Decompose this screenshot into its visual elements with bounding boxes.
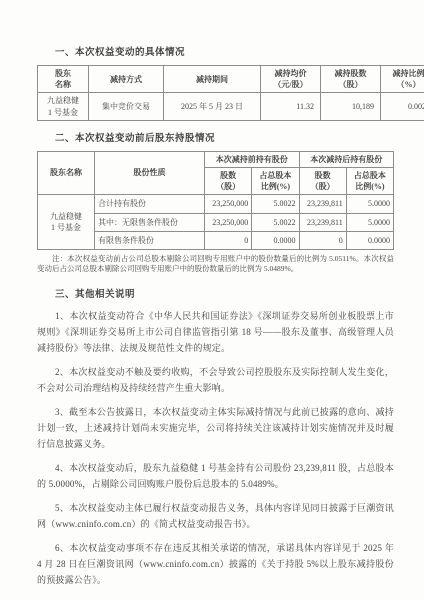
paragraph-1: 1、本次权益变动符合《中华人民共和国证券法》《深圳证券交易所创业板股票上市规则》…: [37, 308, 394, 356]
col-group-after: 本次减持后持有股份: [299, 151, 394, 167]
cell-avg-price: 11.32: [261, 93, 321, 120]
table-note: 注：本次权益变动前占公司总股本剔除公司回购专用账户中的股份数量后的比例为 5.0…: [37, 254, 394, 275]
paragraph-5: 5、本次权益变动主体已履行权益变动报告义务，具体内容详见同日披露于巨潮资讯网（w…: [37, 500, 394, 532]
cell-before-ratio: 5.0022: [252, 195, 299, 213]
col-before-shares: 股数 （股）: [205, 167, 252, 194]
cell-after-shares: 0: [299, 231, 346, 249]
cell-shareholder: 九益稳健 1 号基金: [38, 93, 89, 120]
section3-heading: 三、其他相关说明: [55, 286, 394, 300]
paragraph-2: 2、本次权益变动不触及要约收购，不会导致公司控股股东及实际控制人发生变化，不会对…: [37, 364, 394, 396]
cell-after-ratio: 0.0000: [346, 231, 393, 249]
document-page: 一、本次权益变动的具体情况 股东 名称 减持方式 减持期间 减持均价 （元/股）…: [0, 0, 424, 600]
cell-before-shares: 23,250,000: [205, 213, 252, 231]
table-header-group-row: 股东名称 股份性质 本次减持前持有股份 本次减持后持有股份: [38, 151, 394, 167]
col-avg-price: 减持均价 （元/股）: [261, 66, 321, 93]
cell-ratio: 0.0022: [381, 93, 424, 120]
col-after-ratio: 占总股本 比例(%): [346, 167, 393, 194]
paragraph-4: 4、本次权益变动后，股东九益稳健 1 号基金持有公司股份 23,239,811 …: [37, 460, 394, 492]
cell-shareholder: 九益稳健 1 号基金: [38, 195, 95, 250]
col-reduction-period: 减持期间: [164, 66, 261, 93]
col-before-ratio: 占总股本 比例(%): [252, 167, 299, 194]
cell-before-ratio: 0.0000: [252, 231, 299, 249]
col-after-shares: 股数 （股）: [299, 167, 346, 194]
cell-before-ratio: 5.0022: [252, 213, 299, 231]
section2-heading: 二、本次权益变动前后股东持股情况: [55, 130, 394, 144]
col-shareholder-name: 股东名称: [38, 151, 95, 195]
cell-after-ratio: 5.0000: [346, 195, 393, 213]
cell-after-shares: 23,239,811: [299, 213, 346, 231]
cell-after-shares: 23,239,811: [299, 195, 346, 213]
equity-change-detail-table: 股东 名称 减持方式 减持期间 减持均价 （元/股） 减持股数 （股） 减持比例…: [37, 65, 424, 121]
cell-nature: 有限售条件股份: [95, 231, 205, 249]
cell-shares: 10,189: [321, 93, 381, 120]
section1-heading: 一、本次权益变动的具体情况: [55, 44, 394, 58]
col-share-nature: 股份性质: [95, 151, 205, 195]
table-row: 九益稳健 1 号基金 集中竞价交易 2025 年 5 月 23 日 11.32 …: [38, 93, 424, 120]
cell-method: 集中竞价交易: [89, 93, 164, 120]
col-group-before: 本次减持前持有股份: [205, 151, 300, 167]
cell-period: 2025 年 5 月 23 日: [164, 93, 261, 120]
table-header-row: 股东 名称 减持方式 减持期间 减持均价 （元/股） 减持股数 （股） 减持比例…: [38, 66, 424, 93]
table-row: 九益稳健 1 号基金 合计持有股份 23,250,000 5.0022 23,2…: [38, 195, 394, 213]
cell-after-ratio: 5.0000: [346, 213, 393, 231]
cell-before-shares: 23,250,000: [205, 195, 252, 213]
col-reduction-ratio: 减持比例 （%）: [381, 66, 424, 93]
holdings-before-after-table: 股东名称 股份性质 本次减持前持有股份 本次减持后持有股份 股数 （股） 占总股…: [37, 151, 394, 250]
col-shareholder-name: 股东 名称: [38, 66, 89, 93]
cell-before-shares: 0: [205, 231, 252, 249]
col-reduction-method: 减持方式: [89, 66, 164, 93]
cell-nature: 合计持有股份: [95, 195, 205, 213]
paragraph-6: 6、本次权益变动事项不存在违反其相关承诺的情况，承诺具体内容详见于 2025 年…: [37, 540, 394, 588]
col-shares-reduced: 减持股数 （股）: [321, 66, 381, 93]
paragraph-3: 3、截至本公告披露日，本次权益变动主体实际减持情况与此前已披露的意向、减持计划一…: [37, 404, 394, 452]
cell-nature: 其中：无限售条件股份: [95, 213, 205, 231]
